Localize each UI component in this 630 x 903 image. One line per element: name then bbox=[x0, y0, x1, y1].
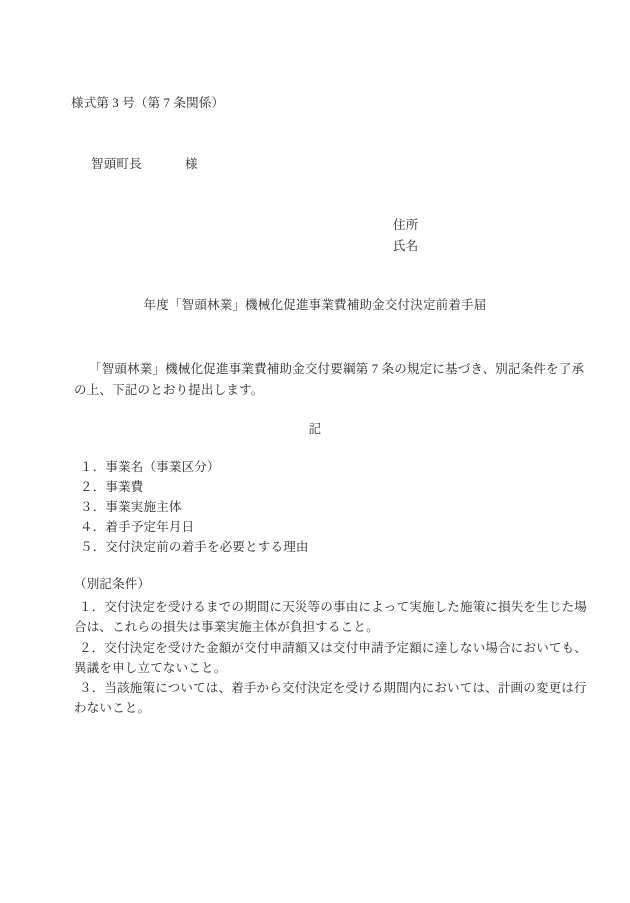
addressee-honorific: 様 bbox=[185, 157, 198, 172]
list-item-implementing-body: ３．事業実施主体 bbox=[80, 500, 182, 515]
condition-1-line-2: 合は、これらの損失は事業実施主体が負担すること。 bbox=[74, 620, 379, 635]
condition-3-line-1: ３．当該施策については、着手から交付決定を受ける期間内においては、計画の変更は行 bbox=[79, 681, 587, 696]
condition-2-line-1: ２．交付決定を受けた金額が交付申請額又は交付申請予定額に達しない場合においても、 bbox=[79, 641, 587, 656]
list-item-project-name: １．事業名（事業区分） bbox=[80, 460, 220, 475]
form-number-line: 様式第 3 号（第 7 条関係） bbox=[71, 96, 224, 111]
sender-address-label: 住所 bbox=[393, 218, 418, 233]
document-title: 年度「智頭林業」機械化促進事業費補助金交付決定前着手届 bbox=[0, 298, 630, 313]
record-heading: 記 bbox=[0, 422, 630, 437]
condition-3-line-2: わないこと。 bbox=[74, 701, 150, 716]
condition-1-line-1: １．交付決定を受けるまでの期間に天災等の事由によって実施した施策に損失を生じた場 bbox=[79, 600, 587, 615]
list-item-project-cost: ２．事業費 bbox=[80, 480, 144, 495]
document-page: 様式第 3 号（第 7 条関係） 智頭町長 様 住所 氏名 年度「智頭林業」機械… bbox=[0, 0, 630, 903]
intro-paragraph-line-1: 「智頭林業」機械化促進事業費補助金交付要綱第 7 条の規定に基づき、別記条件を了… bbox=[89, 362, 584, 377]
list-item-planned-start-date: ４．着手予定年月日 bbox=[80, 520, 194, 535]
list-item-reason-for-early-start: ５．交付決定前の着手を必要とする理由 bbox=[80, 540, 309, 555]
conditions-heading: （別記条件） bbox=[74, 577, 150, 592]
sender-name-label: 氏名 bbox=[393, 239, 418, 254]
intro-paragraph-line-2: の上、下記のとおり提出します。 bbox=[74, 383, 264, 398]
addressee-name: 智頭町長 bbox=[91, 157, 142, 172]
condition-2-line-2: 異議を申し立てないこと。 bbox=[74, 661, 226, 676]
